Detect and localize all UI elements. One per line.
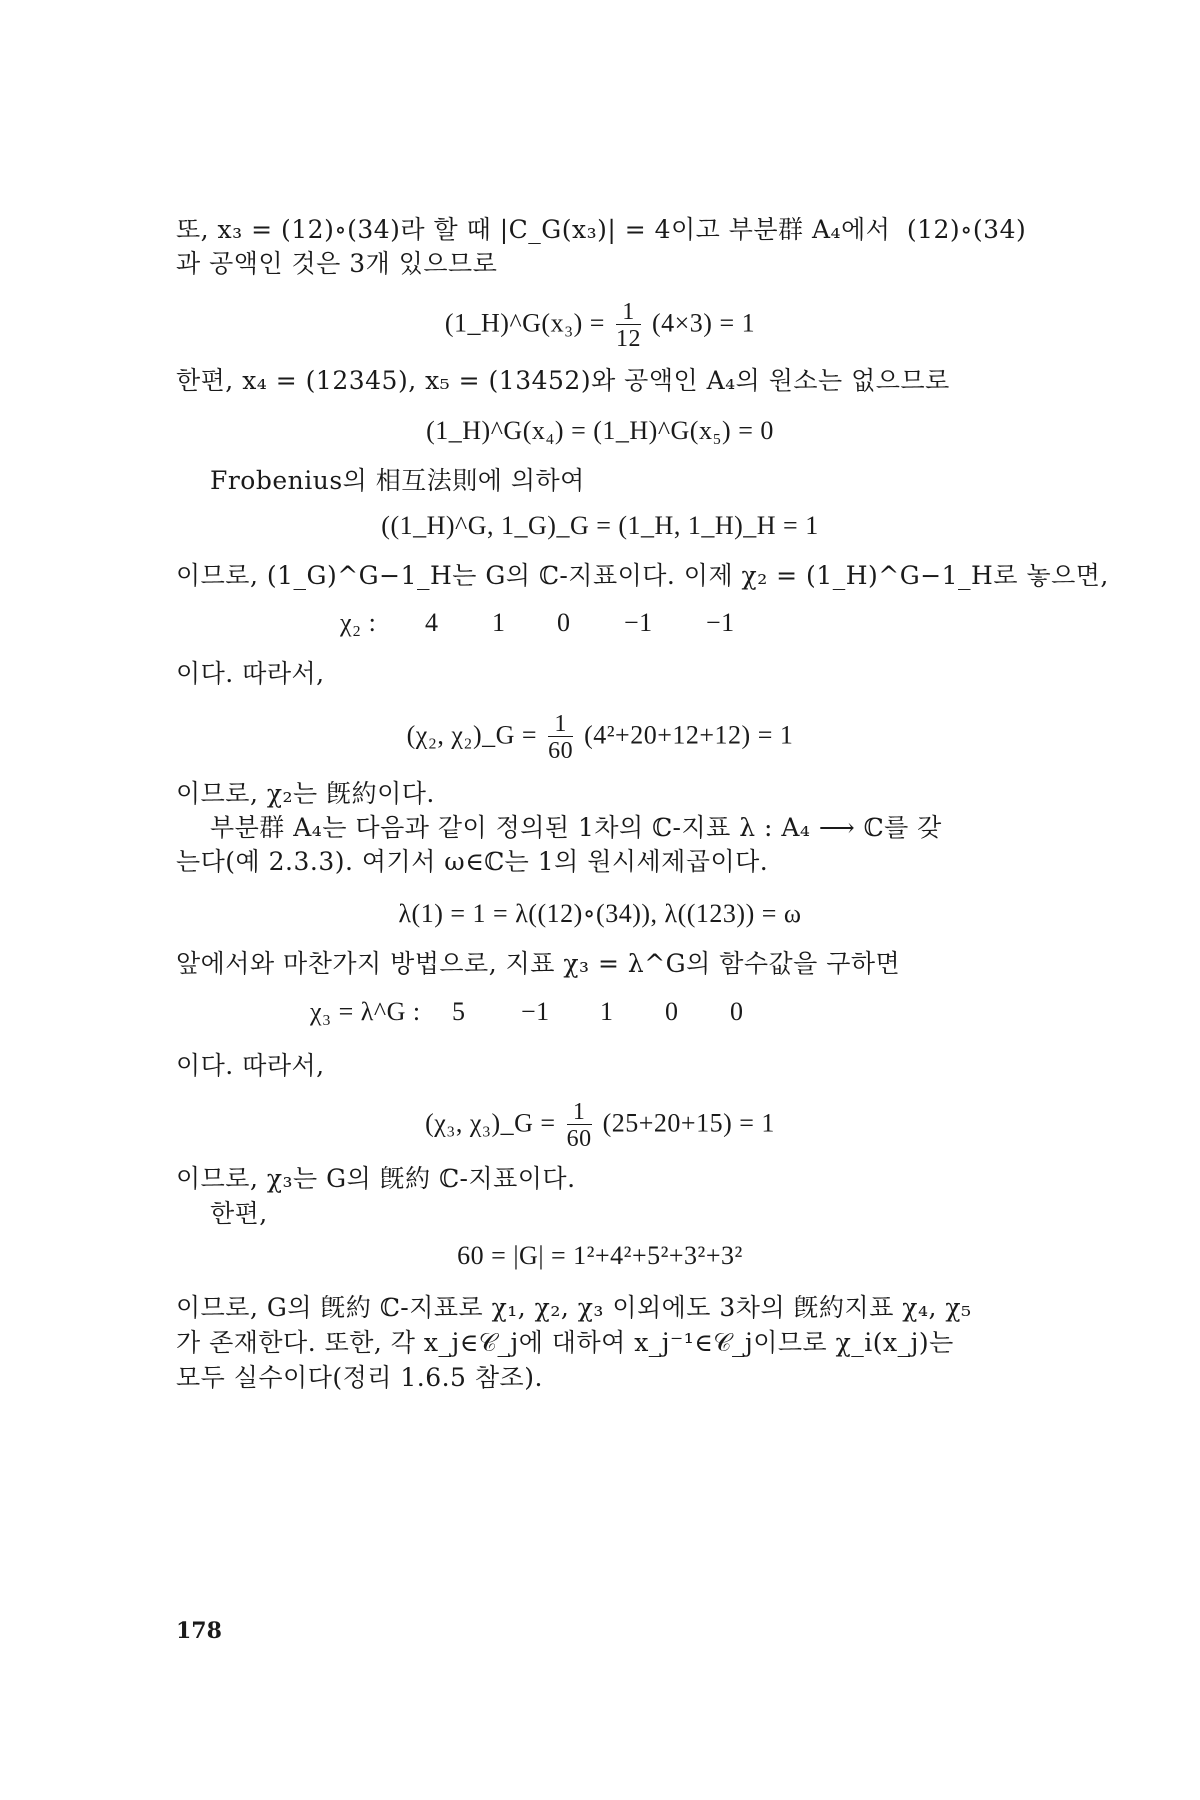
page-number: 178 [176,1618,222,1644]
chi2-values-row: χ₂ : 4 1 0 −1 −1 [340,607,760,639]
chi3-value: −1 [521,996,593,1028]
eq1-rhs: (4×3) = 1 [652,308,755,337]
equation-4: (χ₂, χ₂)_G = 1 60 (4²+20+12+12) = 1 [0,712,1200,763]
text-line-4: Frobenius의 相互法則에 의하여 [210,465,1080,497]
eq6-rhs: (25+20+15) = 1 [603,1108,775,1137]
fraction: 1 60 [567,1100,592,1151]
eq1-lhs: (1_H)^G(x₃) = [445,308,605,337]
equation-6: (χ₃, χ₃)_G = 1 60 (25+20+15) = 1 [0,1100,1200,1151]
numerator: 1 [616,300,641,325]
chi3-label: χ₃ = λ^G : [310,996,445,1028]
text-line-15: 가 존재한다. 또한, 각 x_j∈𝒞_j에 대하여 x_j⁻¹∈𝒞_j이므로 … [176,1327,1046,1359]
text-line-1-left: 또, x₃ = (12)∘(34)라 할 때 |C_G(x₃)| = 4이고 부… [176,215,890,244]
text-line-12: 이므로, χ₃는 G의 旣約 ℂ-지표이다. [176,1163,1046,1195]
text-line-1-right: (12)∘(34) [907,215,1026,244]
eq4-lhs: (χ₂, χ₂)_G = [407,720,537,749]
chi2-value: 0 [557,607,617,639]
text-line-11: 이다. 따라서, [176,1050,1046,1082]
text-line-14: 이므로, G의 旣約 ℂ-지표로 χ₁, χ₂, χ₃ 이외에도 3차의 旣約지… [176,1292,1046,1324]
equation-5: λ(1) = 1 = λ((12)∘(34)), λ((123)) = ω [0,898,1200,930]
text-line-6: 이다. 따라서, [176,658,1046,690]
document-page: 또, x₃ = (12)∘(34)라 할 때 |C_G(x₃)| = 4이고 부… [0,0,1200,1800]
chi2-value: −1 [624,607,699,639]
equation-2: (1_H)^G(x₄) = (1_H)^G(x₅) = 0 [0,415,1200,447]
chi3-value: 5 [452,996,514,1028]
denominator: 12 [616,325,641,351]
equation-1: (1_H)^G(x₃) = 1 12 (4×3) = 1 [0,300,1200,351]
numerator: 1 [567,1100,592,1125]
text-line-2: 과 공액인 것은 3개 있으므로 [176,248,1046,280]
text-line-10: 앞에서와 마찬가지 방법으로, 지표 χ₃ = λ^G의 함수값을 구하면 [176,948,1046,980]
eq6-lhs: (χ₃, χ₃)_G = [425,1108,555,1137]
text-line-1: 또, x₃ = (12)∘(34)라 할 때 |C_G(x₃)| = 4이고 부… [176,214,1046,246]
equation-3: ((1_H)^G, 1_G)_G = (1_H, 1_H)_H = 1 [0,510,1200,542]
chi2-value: 4 [425,607,485,639]
chi2-value: −1 [706,607,766,639]
fraction: 1 12 [616,300,641,351]
chi3-value: 0 [665,996,723,1028]
text-line-3: 한편, x₄ = (12345), x₅ = (13452)와 공액인 A₄의 … [176,365,1046,397]
chi2-label: χ₂ : [340,607,418,639]
text-line-13: 한편, [210,1198,1080,1230]
text-line-9: 는다(예 2.3.3). 여기서 ω∈ℂ는 1의 원시세제곱이다. [176,846,1046,878]
eq4-rhs: (4²+20+12+12) = 1 [584,720,793,749]
equation-7: 60 = |G| = 1²+4²+5²+3²+3² [0,1240,1200,1272]
chi3-value: 1 [600,996,658,1028]
text-line-7: 이므로, χ₂는 旣約이다. [176,778,1046,810]
chi2-value: 1 [492,607,550,639]
text-line-16: 모두 실수이다(정리 1.6.5 참조). [176,1362,1046,1394]
denominator: 60 [548,737,573,763]
text-line-8: 부분群 A₄는 다음과 같이 정의된 1차의 ℂ-지표 λ : A₄ ⟶ ℂ를 … [210,812,1080,844]
numerator: 1 [548,712,573,737]
fraction: 1 60 [548,712,573,763]
denominator: 60 [567,1125,592,1151]
chi3-values-row: χ₃ = λ^G : 5 −1 1 0 0 [310,996,770,1028]
text-line-5: 이므로, (1_G)^G−1_H는 G의 ℂ-지표이다. 이제 χ₂ = (1_… [176,560,1046,592]
chi3-value: 0 [730,996,770,1028]
